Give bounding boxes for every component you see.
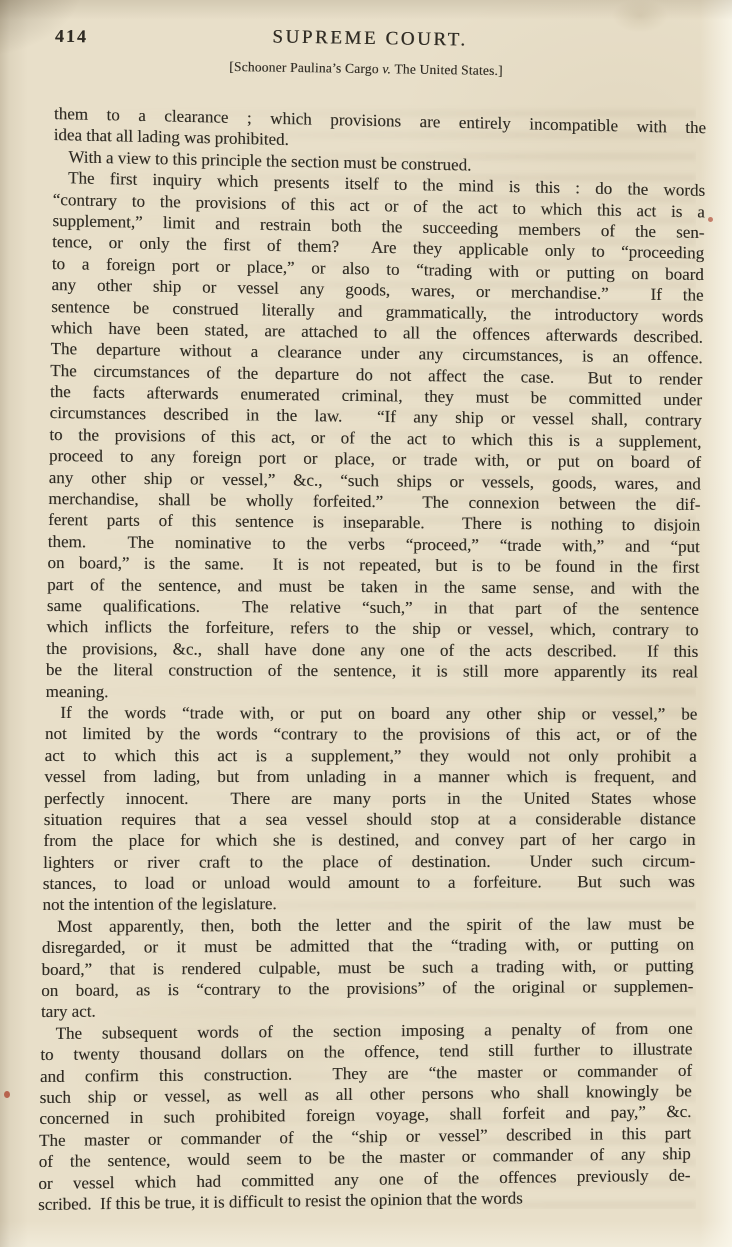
text-line: vessel from lading, but from unlading in… xyxy=(44,766,696,788)
red-speck xyxy=(708,217,713,222)
text-line: be the literal construction of the sente… xyxy=(46,659,698,683)
text-line: not the intention of the legislature. xyxy=(42,892,694,916)
running-head: [Schooner Paulina’s Cargo v. The United … xyxy=(36,56,696,82)
running-head-case-v: v. xyxy=(382,61,391,76)
page-header-title: SUPREME COURT. xyxy=(40,23,700,55)
text-line: meaning. xyxy=(46,681,698,704)
text-line: which inflicts the forfeiture, refers to… xyxy=(47,616,699,641)
red-speck xyxy=(4,1091,10,1098)
text-line: perfectly innocent. There are many ports… xyxy=(44,787,696,809)
text-line: lighters or river craft to the place of … xyxy=(43,850,695,873)
text-line: not limited by the words “contrary to th… xyxy=(45,723,697,745)
page-body-text: them to a clearance ; which provisions a… xyxy=(38,103,690,1215)
text-line: If the words “trade with, or put on boar… xyxy=(45,702,697,725)
text-line: situation requires that a sea vessel sho… xyxy=(44,808,696,830)
text-line: from the place for which she is destined… xyxy=(43,829,695,852)
text-line: act to which this act is a supplement,” … xyxy=(45,745,697,767)
running-head-left: [Schooner Paulina’s Cargo xyxy=(229,59,382,76)
running-head-right: The United States.] xyxy=(391,61,503,78)
book-page: 414 SUPREME COURT. [Schooner Paulina’s C… xyxy=(0,0,732,1247)
